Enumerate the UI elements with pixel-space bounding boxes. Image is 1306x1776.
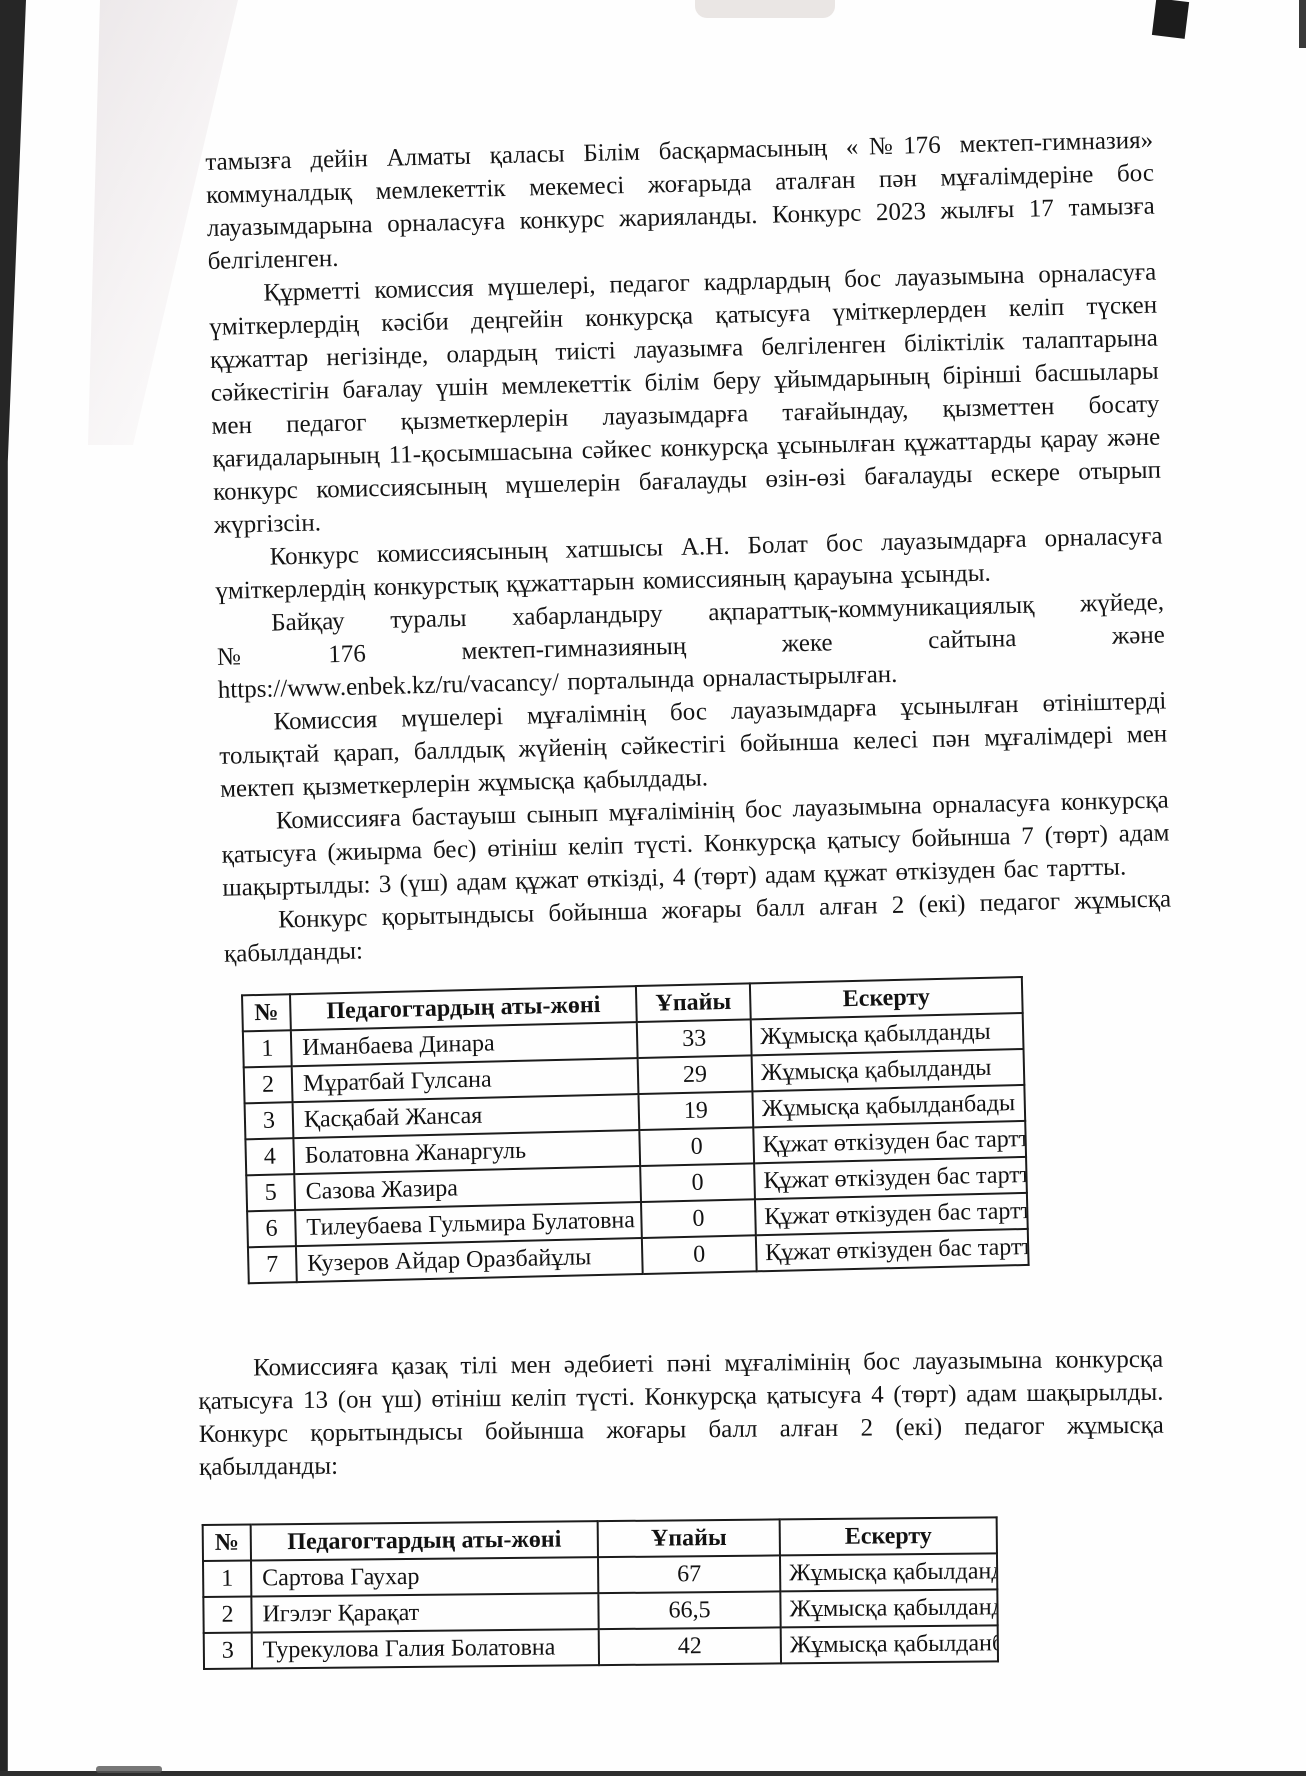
column-header-name: Педагогтардың аты-жөні	[251, 1521, 598, 1560]
scan-edge-right-top	[1299, 0, 1306, 48]
document-body-section-2: Комиссияға қазақ тілі мен әдебиеті пәні …	[198, 1343, 1166, 1670]
cell-score: 66,5	[598, 1591, 780, 1629]
cell-number: 3	[204, 1632, 252, 1668]
cell-name: Сартова Гаухар	[251, 1557, 598, 1596]
cell-note: Жұмысқа қабылданды	[780, 1589, 997, 1627]
column-header-score: Ұпайы	[636, 983, 751, 1022]
cell-number: 6	[247, 1210, 296, 1247]
cell-score: 19	[638, 1091, 753, 1130]
cell-number: 2	[244, 1066, 293, 1103]
table-body: 1 Сартова Гаухар 67 Жұмысқа қабылданды 2…	[203, 1553, 998, 1669]
cell-score: 42	[599, 1627, 781, 1665]
paragraph-commission-address: Құрметті комиссия мүшелері, педагог кадр…	[208, 256, 1162, 542]
scan-mark-top-right	[1152, 0, 1189, 39]
cell-note: Құжат өткізуден бас тартты	[756, 1229, 1029, 1271]
document-page: тамызға дейін Алматы қаласы Білім басқар…	[0, 0, 1306, 1776]
column-header-note: Ескерту	[780, 1517, 997, 1555]
cell-number: 4	[245, 1138, 294, 1175]
cell-score: 0	[640, 1163, 755, 1202]
cell-score: 0	[642, 1235, 757, 1274]
scan-edge-bottom-strip	[0, 1771, 1306, 1776]
results-table-primary-teachers: № Педагогтардың аты-жөні Ұпайы Ескерту 1…	[241, 976, 1030, 1284]
cell-score: 29	[638, 1055, 753, 1094]
cell-number: 5	[246, 1174, 295, 1211]
cell-number: 1	[243, 1030, 292, 1067]
cell-score: 67	[598, 1555, 780, 1593]
table-body: 1 Иманбаева Динара 33 Жұмысқа қабылданды…	[243, 1013, 1029, 1283]
column-header-number: №	[242, 994, 291, 1031]
document-body-section-1: тамызға дейін Алматы қаласы Білім басқар…	[205, 124, 1180, 1285]
paragraph-kazakh-language-contest: Комиссияға қазақ тілі мен әдебиеті пәні …	[198, 1343, 1164, 1484]
cell-number: 7	[248, 1246, 297, 1283]
scan-mark-bottom-left	[96, 1766, 162, 1773]
cell-note: Жұмысқа қабылданды	[780, 1553, 997, 1591]
cell-name: Турекулова Галия Болатовна	[252, 1629, 599, 1668]
column-header-number: №	[203, 1525, 251, 1561]
cell-score: 0	[639, 1127, 754, 1166]
cell-note: Жұмысқа қабылданбады	[781, 1625, 998, 1663]
cell-number: 1	[203, 1561, 251, 1597]
table-row: 3 Турекулова Галия Болатовна 42 Жұмысқа …	[204, 1625, 998, 1669]
cell-number: 3	[245, 1102, 294, 1139]
column-header-score: Ұпайы	[598, 1519, 780, 1557]
cell-score: 0	[641, 1199, 756, 1238]
cell-number: 2	[203, 1596, 251, 1632]
cell-name: Игэлэг Қарақат	[251, 1593, 598, 1632]
cell-score: 33	[637, 1019, 752, 1058]
scan-smudge-top	[695, 0, 835, 18]
scan-edge-left-strip	[0, 0, 26, 1776]
paragraph-continuation: тамызға дейін Алматы қаласы Білім басқар…	[205, 124, 1156, 278]
results-table-kazakh-teachers: № Педагогтардың аты-жөні Ұпайы Ескерту 1…	[202, 1516, 999, 1670]
cell-name: Кузеров Айдар Оразбайұлы	[296, 1238, 643, 1282]
